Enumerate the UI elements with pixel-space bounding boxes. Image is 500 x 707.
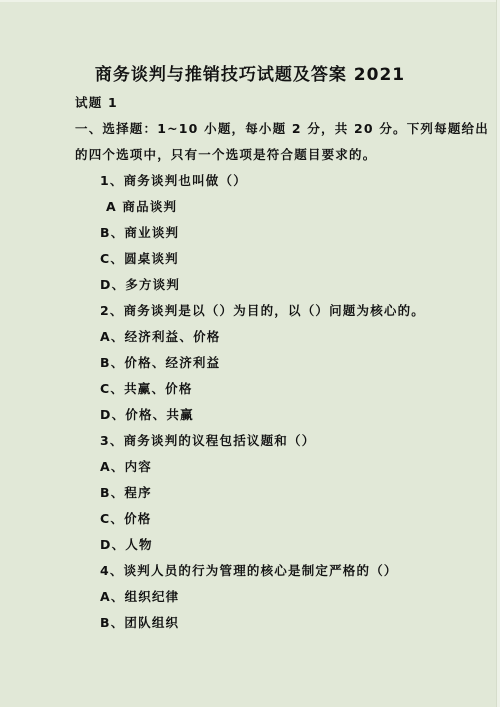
document-title: 商务谈判与推销技巧试题及答案 2021 bbox=[0, 64, 500, 86]
question-4-text: 4、谈判人员的行为管理的核心是制定严格的（） bbox=[100, 563, 398, 579]
section-label: 试题 1 bbox=[75, 95, 118, 111]
instructions-line-2: 的四个选项中，只有一个选项是符合题目要求的。 bbox=[75, 147, 376, 163]
question-4-option-b: B、团队组织 bbox=[100, 615, 179, 631]
question-1-option-c: C、圆桌谈判 bbox=[100, 251, 179, 267]
question-1-text: 1、商务谈判也叫做（） bbox=[100, 173, 247, 189]
question-1-option-d: D、多方谈判 bbox=[100, 277, 180, 293]
question-3-option-a: A、内容 bbox=[100, 459, 152, 475]
question-2-text: 2、商务谈判是以（）为目的，以（）问题为核心的。 bbox=[100, 303, 425, 319]
question-4-option-a: A、组织纪律 bbox=[100, 589, 179, 605]
question-3-option-b: B、程序 bbox=[100, 485, 152, 501]
question-3-option-c: C、价格 bbox=[100, 511, 151, 527]
instructions-line-1: 一、选择题：1~10 小题，每小题 2 分，共 20 分。下列每题给出 bbox=[75, 121, 489, 137]
question-3-text: 3、商务谈判的议程包括议题和（） bbox=[100, 433, 315, 449]
question-2-option-d: D、价格、共赢 bbox=[100, 407, 194, 423]
question-2-option-b: B、价格、经济利益 bbox=[100, 355, 220, 371]
question-2-option-c: C、共赢、价格 bbox=[100, 381, 193, 397]
question-1-option-a: A 商品谈判 bbox=[106, 199, 177, 215]
question-1-option-b: B、商业谈判 bbox=[100, 225, 179, 241]
question-2-option-a: A、经济利益、价格 bbox=[100, 329, 220, 345]
document-page: 商务谈判与推销技巧试题及答案 2021 试题 1 一、选择题：1~10 小题，每… bbox=[0, 0, 500, 707]
question-3-option-d: D、人物 bbox=[100, 537, 153, 553]
